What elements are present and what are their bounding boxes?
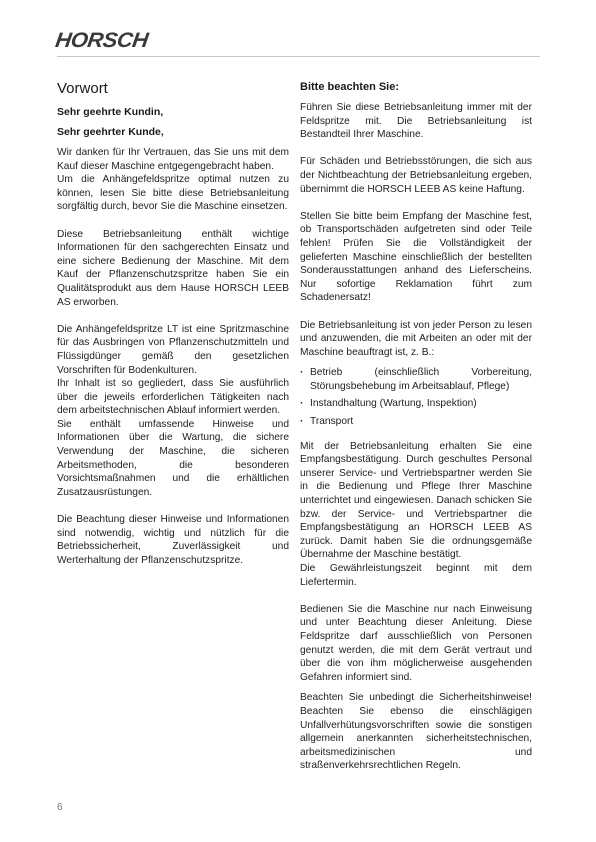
paragraph: Wir danken für Ihr Vertrauen, das Sie un… (57, 146, 289, 173)
paragraph: Führen Sie diese Betriebsanleitung immer… (300, 101, 532, 142)
right-column: Bitte beachten Sie: Führen Sie diese Bet… (300, 80, 532, 773)
list-item: Instandhaltung (Wartung, Inspektion) (300, 397, 532, 411)
paragraph: Mit der Betriebsanleitung erhalten Sie e… (300, 440, 532, 562)
paragraph: Die Gewährleistungszeit beginnt mit dem … (300, 562, 532, 589)
paragraph: Sie enthält umfassende Hinweise und Info… (57, 418, 289, 500)
page-number: 6 (57, 802, 63, 813)
list-item: Betrieb (einschließlich Vorbereitung, St… (300, 366, 532, 393)
salutation-male: Sehr geehrter Kunde, (57, 126, 289, 139)
header-divider (57, 56, 540, 57)
paragraph: Bedienen Sie die Maschine nur nach Einwe… (300, 603, 532, 685)
paragraph: Um die Anhängefeldspritze optimal nutzen… (57, 173, 289, 214)
notice-heading: Bitte beachten Sie: (300, 80, 532, 94)
paragraph: Ihr Inhalt ist so gegliedert, dass Sie a… (57, 377, 289, 418)
horsch-logo: HORSCH (54, 30, 149, 51)
paragraph: Die Beachtung dieser Hinweise und Inform… (57, 513, 289, 567)
list-item: Transport (300, 415, 532, 429)
left-column: Vorwort Sehr geehrte Kundin, Sehr geehrt… (57, 80, 289, 567)
paragraph: Stellen Sie bitte beim Empfang der Masch… (300, 210, 532, 305)
paragraph: Die Betriebsanleitung ist von jeder Pers… (300, 319, 532, 360)
paragraph: Die Anhängefeldspritze LT ist eine Sprit… (57, 323, 289, 377)
paragraph: Beachten Sie unbedingt die Sicherheitshi… (300, 691, 532, 773)
paragraph: Diese Betriebsanleitung enthält wichtige… (57, 228, 289, 310)
task-list: Betrieb (einschließlich Vorbereitung, St… (300, 366, 532, 428)
salutation-female: Sehr geehrte Kundin, (57, 106, 289, 119)
paragraph: Für Schäden und Betriebsstörungen, die s… (300, 155, 532, 196)
page-title: Vorwort (57, 80, 289, 98)
